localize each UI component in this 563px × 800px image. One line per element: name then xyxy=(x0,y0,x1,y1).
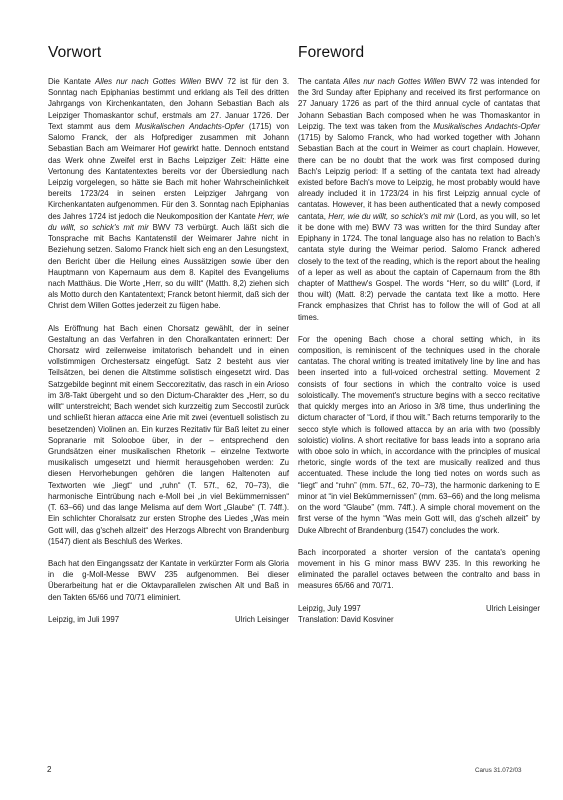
english-paragraph-1: The cantata Alles nur nach Gottes Willen… xyxy=(298,76,540,323)
english-signature: Leipzig, July 1997 Ulrich Leisinger xyxy=(298,603,540,614)
german-paragraph-1: Die Kantate Alles nur nach Gottes Willen… xyxy=(48,76,289,312)
italic-title: attacca xyxy=(117,413,142,422)
german-paragraph-3: Bach hat den Eingangssatz der Kantate in… xyxy=(48,558,289,603)
german-paragraph-2: Als Eröffnung hat Bach einen Chorsatz ge… xyxy=(48,323,289,547)
english-author: Ulrich Leisinger xyxy=(486,603,540,614)
italic-title: Alles nur nach Gottes Willen xyxy=(95,77,201,86)
german-signature: Leipzig, im Juli 1997 Ulrich Leisinger xyxy=(48,614,289,625)
english-place-date: Leipzig, July 1997 xyxy=(298,603,361,614)
german-author: Ulrich Leisinger xyxy=(235,614,289,625)
german-place-date: Leipzig, im Juli 1997 xyxy=(48,614,119,625)
italic-title: Herr, wie du willt, so schick's mit mir xyxy=(328,212,454,221)
english-column: Foreword The cantata Alles nur nach Gott… xyxy=(298,44,540,625)
page-number: 2 xyxy=(47,765,51,774)
italic-title: Herr, wie du willt, so schick's mit mir xyxy=(48,212,289,232)
italic-title: Alles nur nach Gottes Willen xyxy=(343,77,445,86)
italic-title: Musikalischen Andachts-Opfer xyxy=(135,122,244,131)
english-paragraph-3: Bach incorporated a shorter version of t… xyxy=(298,547,540,592)
italic-title: Musikalisches Andachts-Opfer xyxy=(433,122,540,131)
english-paragraph-2: For the opening Bach chose a choral sett… xyxy=(298,334,540,536)
german-column: Vorwort Die Kantate Alles nur nach Gotte… xyxy=(48,44,289,625)
translator-credit: Translation: David Kosviner xyxy=(298,614,540,625)
catalog-number: Carus 31.072/03 xyxy=(475,767,522,774)
foreword-heading: Foreword xyxy=(298,44,540,62)
vorwort-heading: Vorwort xyxy=(48,44,289,62)
